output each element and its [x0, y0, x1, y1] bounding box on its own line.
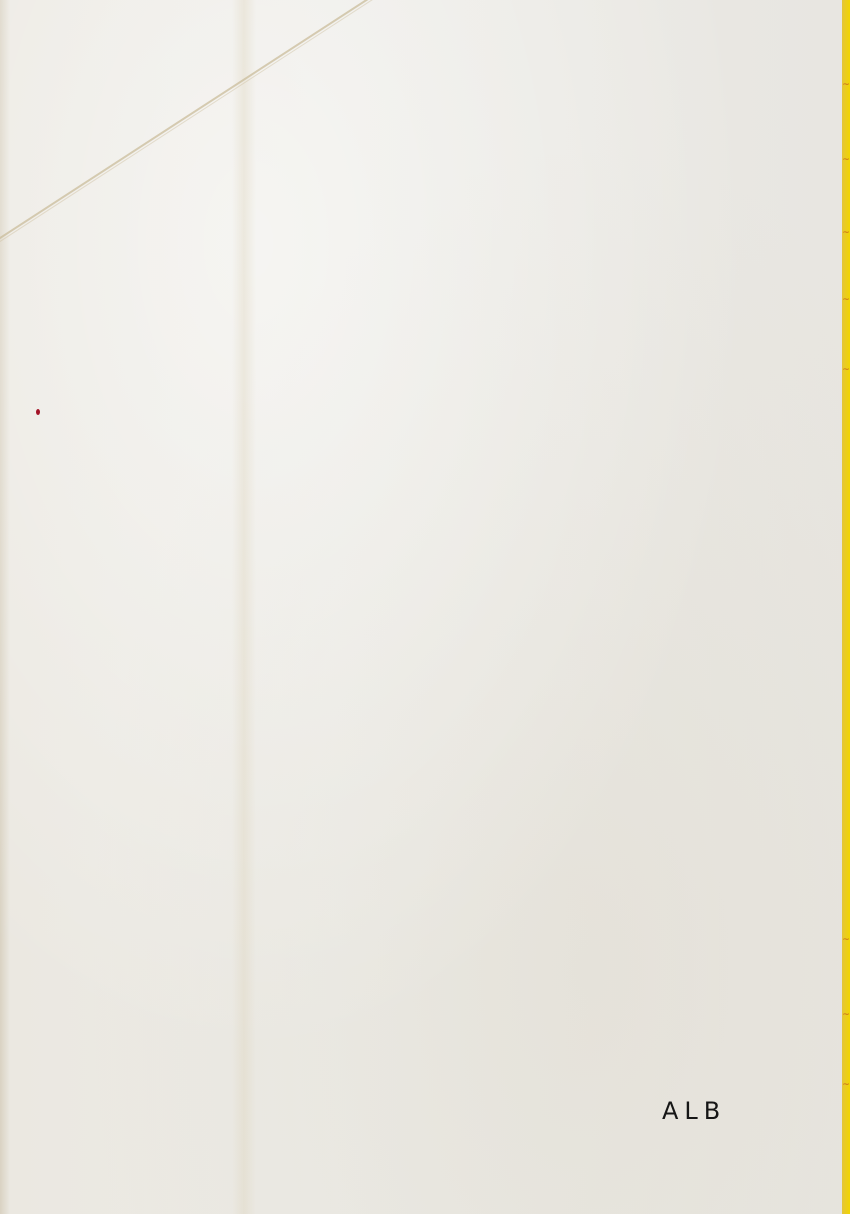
spine-mark: ~: [842, 1010, 850, 1020]
spine-mark: ~: [842, 80, 850, 90]
spine-mark: ~: [842, 365, 850, 375]
vertical-fold-shadow: [232, 0, 256, 1214]
red-ink-spot: [36, 409, 40, 415]
yellow-spine-edge: [842, 0, 850, 1214]
spine-mark: ~: [842, 935, 850, 945]
spine-mark: ~: [842, 155, 850, 165]
publisher-mark: ALB: [662, 1097, 726, 1125]
book-back-cover: ALB: [0, 0, 842, 1214]
diagonal-crease: [0, 0, 735, 252]
spine-mark: ~: [842, 1080, 850, 1090]
spine-mark: ~: [842, 295, 850, 305]
diagonal-crease-secondary: [0, 0, 735, 255]
spine-mark: ~: [842, 228, 850, 238]
